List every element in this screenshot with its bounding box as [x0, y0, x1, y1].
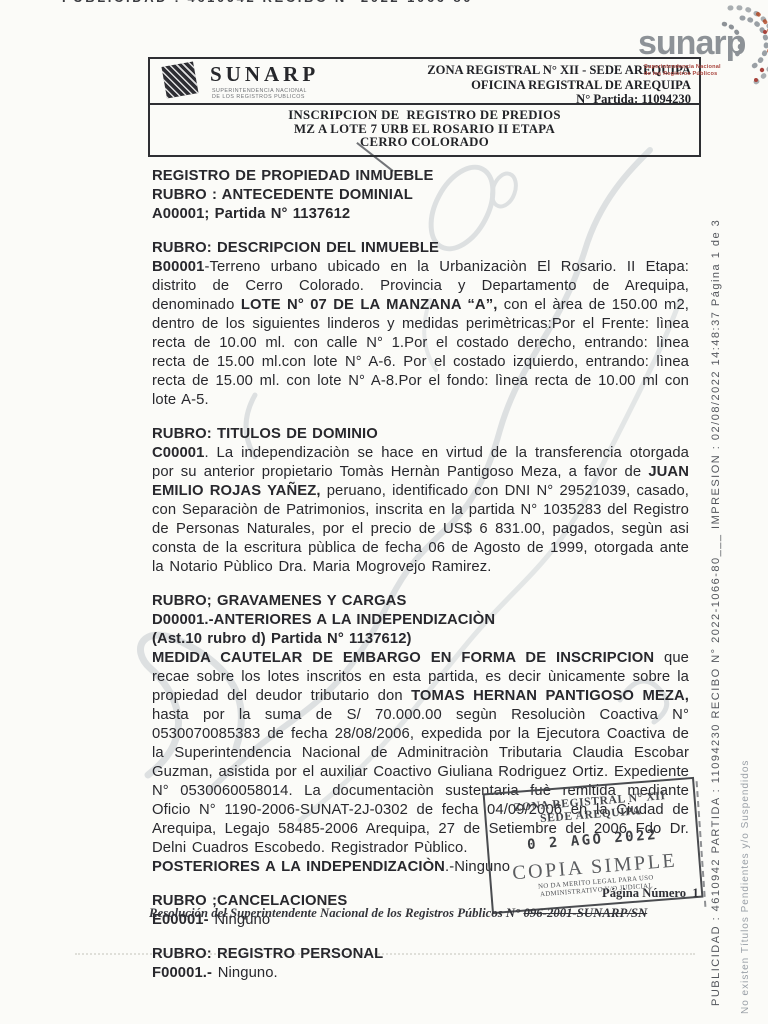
sunarp-stamp-icon: [161, 61, 198, 98]
doc-block: RUBRO: DESCRIPCION DEL INMUEBLE: [152, 239, 689, 258]
margin-print-line-titulos: No existen Títulos Pendientes y/o Suspen…: [740, 374, 751, 1014]
doc-block: F00001.- Ninguno.: [152, 964, 689, 983]
doc-block: (Ast.10 rubro d) Partida N° 1137612): [152, 630, 689, 649]
sunarp-swirl-icon: [708, 4, 768, 96]
doc-block: RUBRO: REGISTRO PERSONAL: [152, 945, 689, 964]
footer-resolution: Resolución del Superintendente Nacional …: [149, 906, 647, 921]
doc-block: A00001; Partida N° 1137612: [152, 205, 689, 224]
doc-block: REGISTRO DE PROPIEDAD INMUEBLE: [152, 167, 689, 186]
org-subtitle: SUPERINTENDENCIA NACIONAL DE LOS REGISTR…: [212, 88, 307, 100]
clipped-print-line-text: PUBLICIDAD : 4610942 RECIBO N° 2022-1066…: [62, 0, 482, 5]
doc-spacer: [152, 930, 689, 945]
inscription-title: INSCRIPCION DE REGISTRO DE PREDIOS MZ A …: [150, 105, 699, 150]
doc-spacer: [152, 224, 689, 239]
doc-block: RUBRO: TITULOS DE DOMINIO: [152, 425, 689, 444]
footer-resolution-struck-text: 096-2001-SUNARP/SN: [523, 906, 647, 920]
sunarp-brand-logo: sunarp Superintendencia Nacional de los …: [612, 4, 768, 100]
org-subtitle-line2: DE LOS REGISTROS PUBLICOS: [212, 94, 307, 100]
inscription-title-line2: MZ A LOTE 7 URB EL ROSARIO II ETAPA: [150, 123, 699, 137]
org-name: SUNARP: [210, 62, 319, 87]
footer-resolution-text: Resolución del Superintendente Nacional …: [149, 906, 523, 920]
margin-print-line-publicidad: PUBLICIDAD : 4610942 PARTIDA : 11094230 …: [710, 126, 722, 1006]
doc-spacer: [152, 410, 689, 425]
doc-block: RUBRO : ANTECEDENTE DOMINIAL: [152, 186, 689, 205]
page-number-label: Página Número 1: [602, 886, 699, 901]
inscription-title-line1: INSCRIPCION DE REGISTRO DE PREDIOS: [150, 109, 699, 123]
scanned-document-page: PUBLICIDAD : 4610942 RECIBO N° 2022-1066…: [0, 0, 768, 1024]
doc-block: D00001.-ANTERIORES A LA INDEPENDIZACIÒN: [152, 611, 689, 630]
inscription-title-line3: CERRO COLORADO: [150, 136, 699, 150]
doc-block: B00001-Terreno urbano ubicado en la Urba…: [152, 258, 689, 410]
doc-block: C00001. La independizaciòn se hace en vi…: [152, 444, 689, 577]
doc-block: RUBRO; GRAVAMENES Y CARGAS: [152, 592, 689, 611]
doc-spacer: [152, 577, 689, 592]
stamp-zone-line: ZONA REGISTRAL N° XII SEDE AREQUIPA: [485, 787, 694, 829]
clipped-print-line: PUBLICIDAD : 4610942 RECIBO N° 2022-1066…: [62, 0, 482, 8]
